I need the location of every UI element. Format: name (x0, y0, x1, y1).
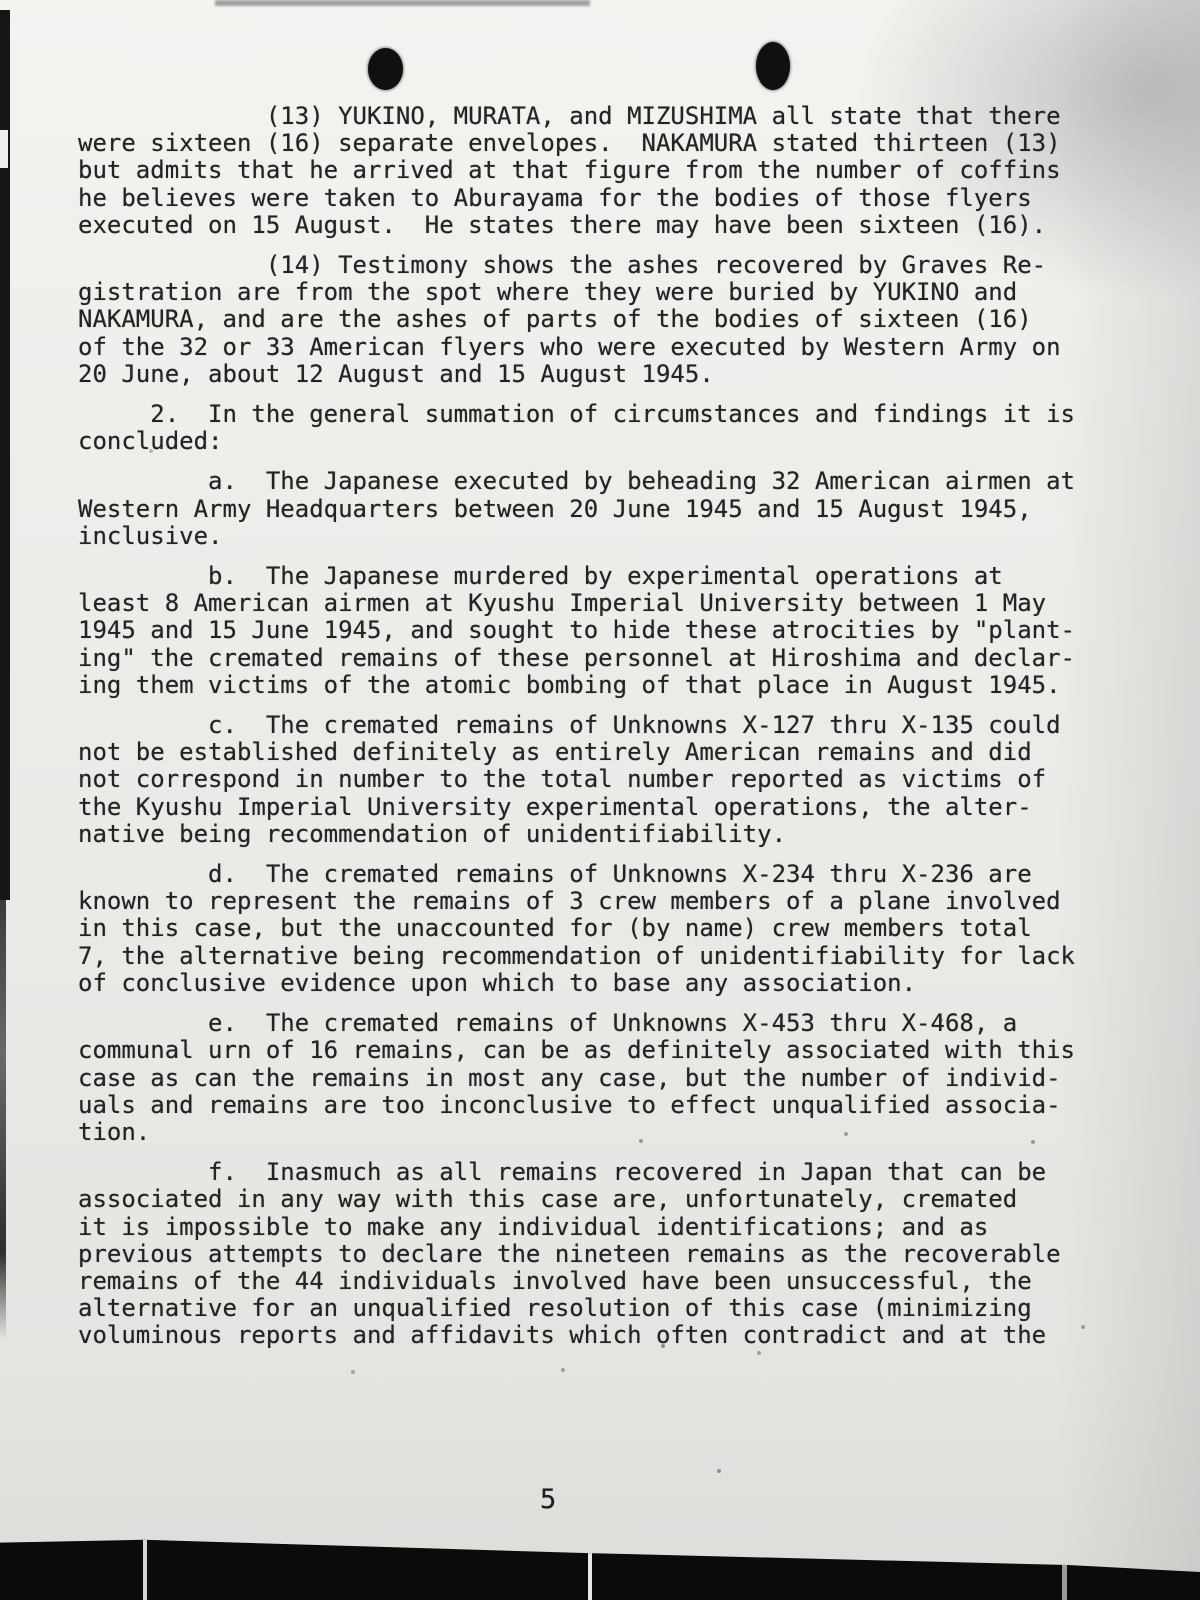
text-line: not correspond in number to the total nu… (78, 766, 1138, 793)
text-line: e. The cremated remains of Unknowns X-45… (78, 1010, 1138, 1037)
text-line: in this case, but the unaccounted for (b… (78, 915, 1138, 942)
paragraph-14: (14) Testimony shows the ashes recovered… (78, 252, 1138, 388)
paragraph-13: (13) YUKINO, MURATA, and MIZUSHIMA all s… (78, 103, 1138, 239)
text-line: native being recommendation of unidentif… (78, 821, 1138, 848)
text-line: f. Inasmuch as all remains recovered in … (78, 1159, 1138, 1186)
text-line: previous attempts to declare the ninetee… (78, 1241, 1138, 1268)
text-line: least 8 American airmen at Kyushu Imperi… (78, 590, 1138, 617)
text-line: (14) Testimony shows the ashes recovered… (78, 252, 1138, 279)
text-line: executed on 15 August. He states there m… (78, 212, 1138, 239)
scanned-document-page: (13) YUKINO, MURATA, and MIZUSHIMA all s… (0, 0, 1200, 1600)
punch-hole-right (756, 42, 790, 90)
punch-hole-left (368, 48, 403, 90)
paragraph-2b: b. The Japanese murdered by experimental… (78, 563, 1138, 699)
text-line: not be established definitely as entirel… (78, 739, 1138, 766)
text-line: of the 32 or 33 American flyers who were… (78, 334, 1138, 361)
text-line: ing them victims of the atomic bombing o… (78, 672, 1138, 699)
text-line: remains of the 44 individuals involved h… (78, 1268, 1138, 1295)
text-line: case as can the remains in most any case… (78, 1065, 1138, 1092)
text-line: the Kyushu Imperial University experimen… (78, 794, 1138, 821)
text-line: were sixteen (16) separate envelopes. NA… (78, 130, 1138, 157)
text-line: 7, the alternative being recommendation … (78, 943, 1138, 970)
text-line: uals and remains are too inconclusive to… (78, 1092, 1138, 1119)
film-frame-line (143, 1530, 147, 1600)
text-line: d. The cremated remains of Unknowns X-23… (78, 861, 1138, 888)
scan-smudge-top (215, 0, 590, 6)
text-line: it is impossible to make any individual … (78, 1214, 1138, 1241)
document-text: (13) YUKINO, MURATA, and MIZUSHIMA all s… (78, 103, 1138, 1363)
text-line: a. The Japanese executed by beheading 32… (78, 468, 1138, 495)
paragraph-2-summation: 2. In the general summation of circumsta… (78, 401, 1138, 455)
text-line: 2. In the general summation of circumsta… (78, 401, 1138, 428)
text-line: b. The Japanese murdered by experimental… (78, 563, 1138, 590)
paragraph-2e: e. The cremated remains of Unknowns X-45… (78, 1010, 1138, 1146)
text-line: Western Army Headquarters between 20 Jun… (78, 496, 1138, 523)
text-line: inclusive. (78, 523, 1138, 550)
paragraph-2f: f. Inasmuch as all remains recovered in … (78, 1159, 1138, 1349)
paragraph-2d: d. The cremated remains of Unknowns X-23… (78, 861, 1138, 997)
text-line: he believes were taken to Aburayama for … (78, 185, 1138, 212)
text-line: voluminous reports and affidavits which … (78, 1322, 1138, 1349)
paragraph-2a: a. The Japanese executed by beheading 32… (78, 468, 1138, 550)
text-line: associated in any way with this case are… (78, 1186, 1138, 1213)
page-number: 5 (540, 1484, 556, 1515)
text-line: of conclusive evidence upon which to bas… (78, 970, 1138, 997)
text-line: concluded: (78, 428, 1138, 455)
text-line: NAKAMURA, and are the ashes of parts of … (78, 306, 1138, 333)
text-line: known to represent the remains of 3 crew… (78, 888, 1138, 915)
text-line: but admits that he arrived at that figur… (78, 157, 1138, 184)
text-line: gistration are from the spot where they … (78, 279, 1138, 306)
text-line: 1945 and 15 June 1945, and sought to hid… (78, 617, 1138, 644)
text-line: communal urn of 16 remains, can be as de… (78, 1037, 1138, 1064)
scan-speckles (0, 0, 2, 2)
film-edge-notch (0, 130, 8, 168)
text-line: 20 June, about 12 August and 15 August 1… (78, 361, 1138, 388)
text-line: (13) YUKINO, MURATA, and MIZUSHIMA all s… (78, 103, 1138, 130)
paragraph-2c: c. The cremated remains of Unknowns X-12… (78, 712, 1138, 848)
text-line: alternative for an unqualified resolutio… (78, 1295, 1138, 1322)
text-line: c. The cremated remains of Unknowns X-12… (78, 712, 1138, 739)
text-line: ing" the cremated remains of these perso… (78, 645, 1138, 672)
film-edge-left-lower (0, 900, 6, 1340)
text-line: tion. (78, 1119, 1138, 1146)
